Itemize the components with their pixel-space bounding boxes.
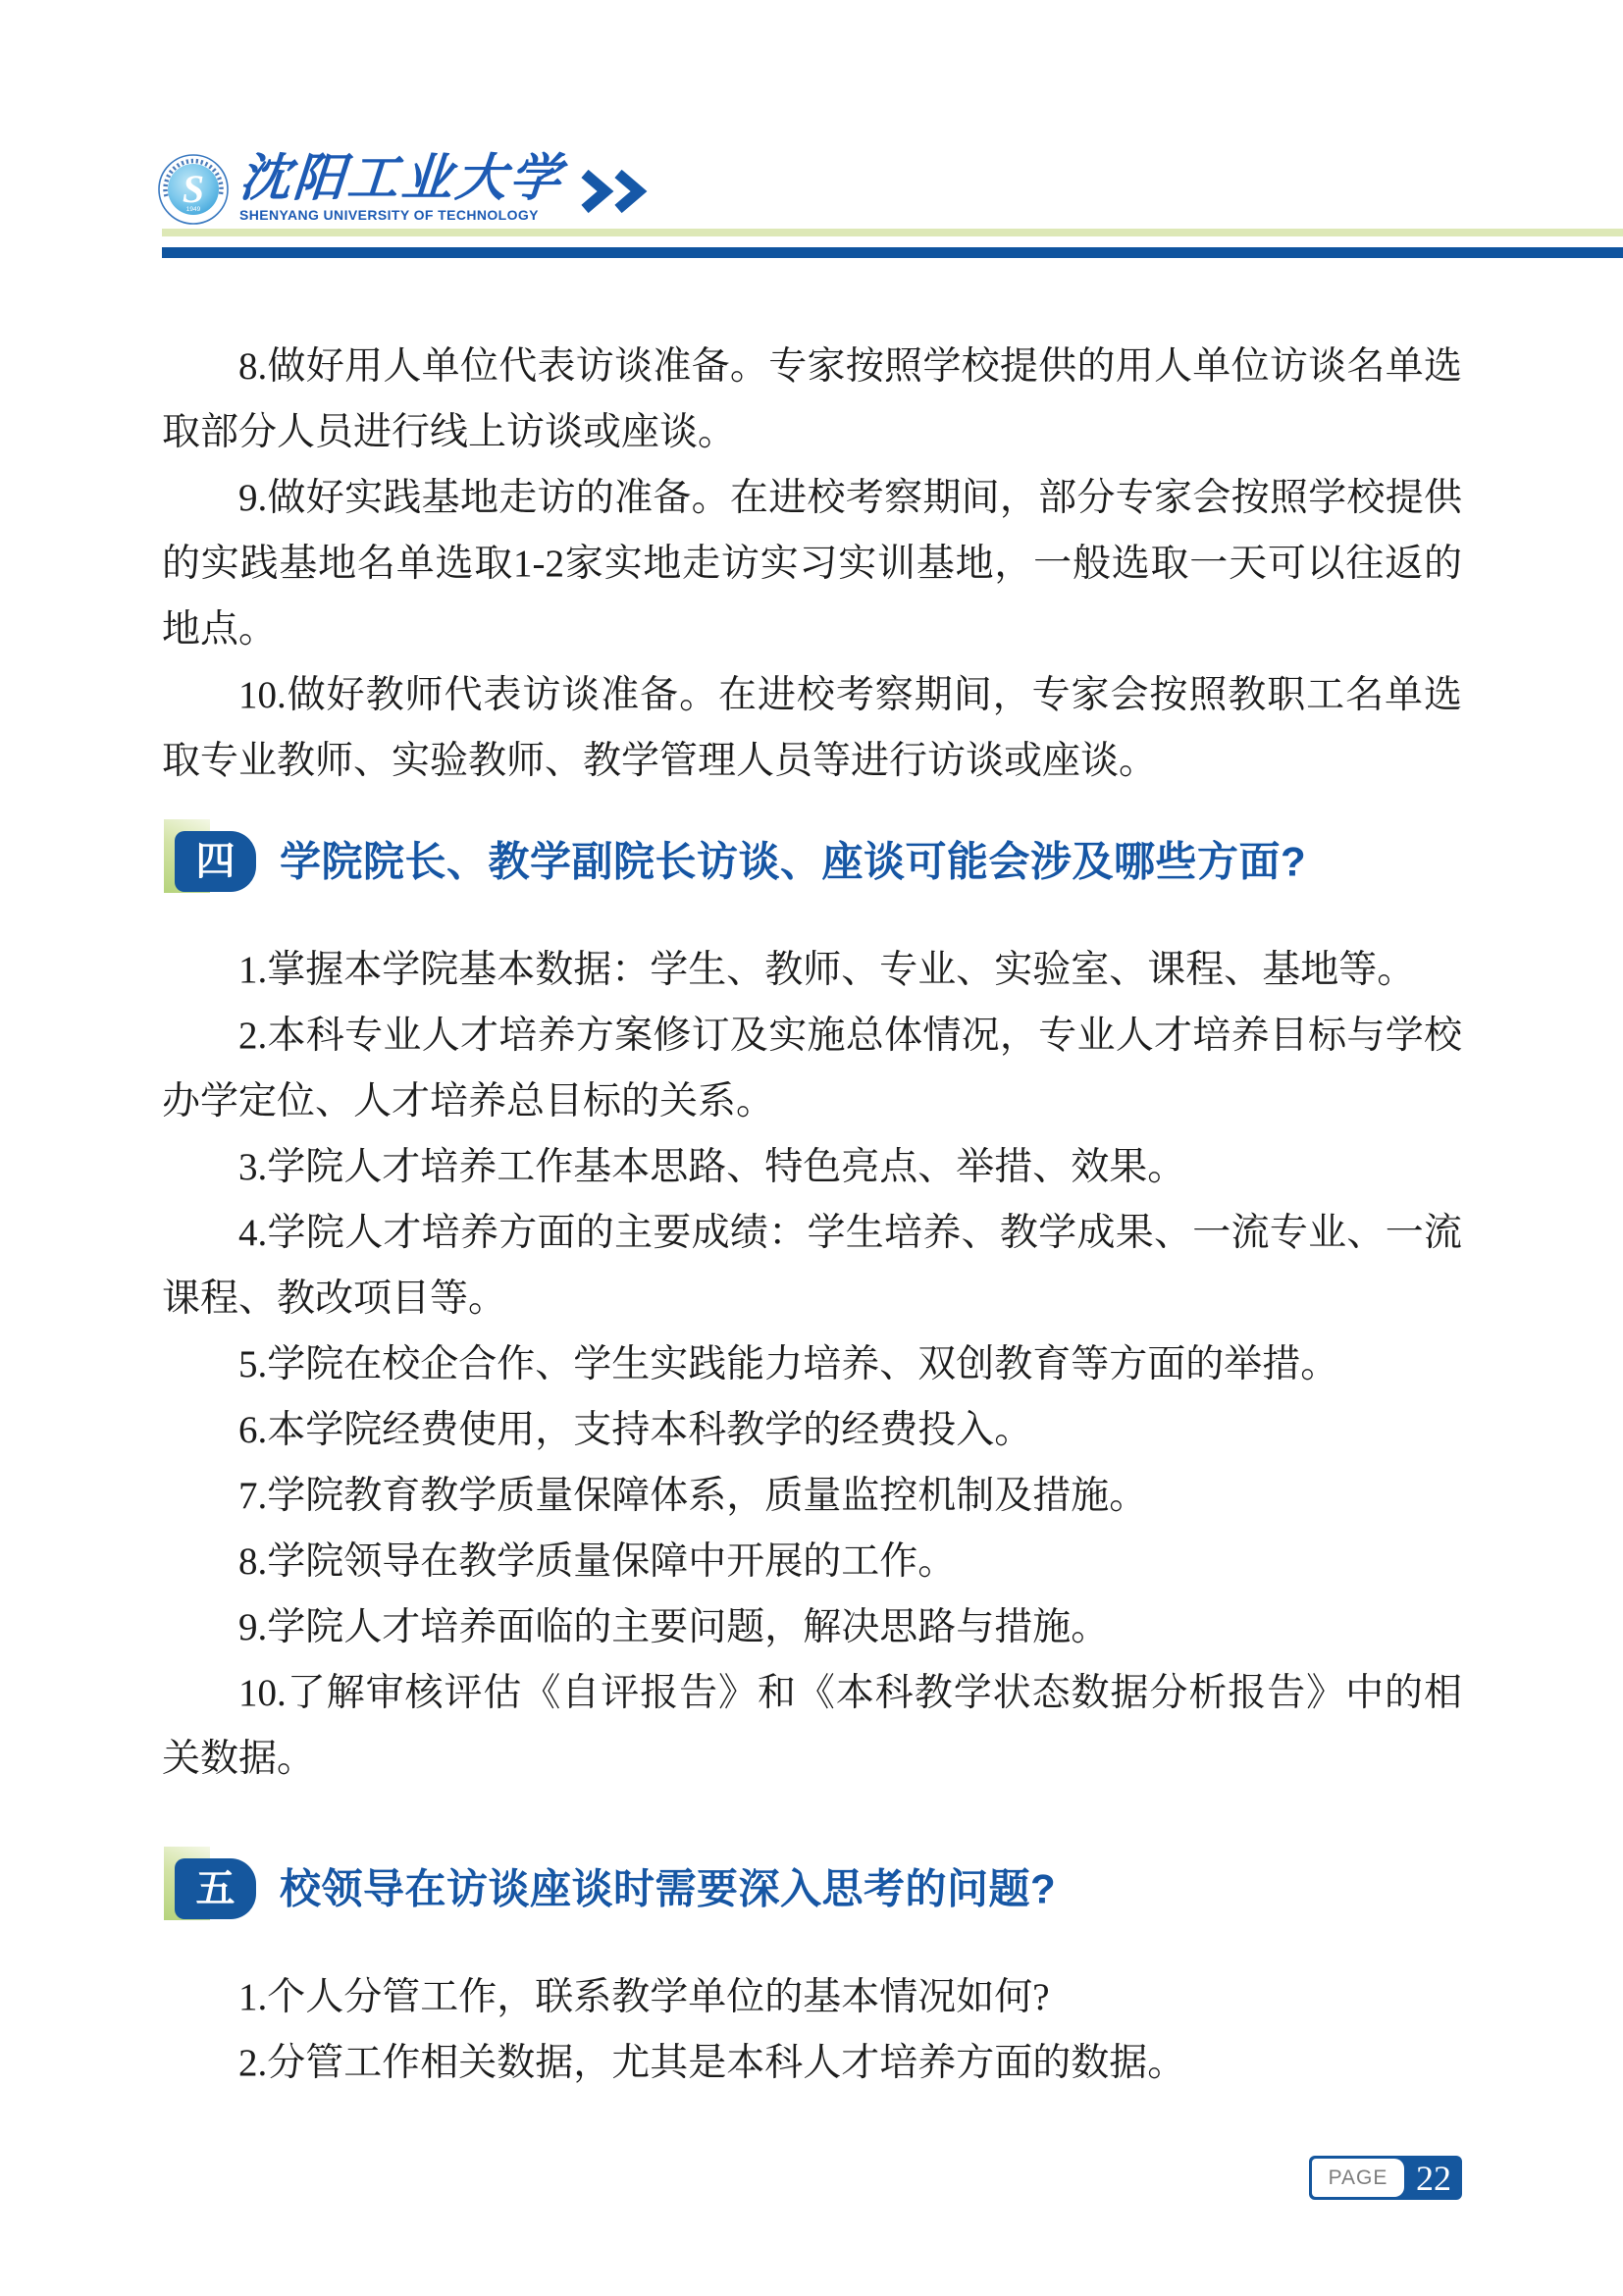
logo-year: 1949 [186,206,201,213]
list-item: 1.掌握本学院基本数据：学生、教师、专业、实验室、课程、基地等。 [162,937,1462,1003]
paragraph: 8.做好用人单位代表访谈准备。专家按照学校提供的用人单位访谈名单选取部分人员进行… [162,334,1462,465]
page-label: PAGE [1329,2166,1388,2190]
page-number-badge: PAGE 22 [1309,2156,1462,2200]
page-header: S 1949 沈阳工业大学 SHENYANG UNIVERSITY OF TEC… [157,153,650,226]
list-item: 7.学院教育教学质量保障体系，质量监控机制及措施。 [162,1463,1462,1529]
list-item: 6.本学院经费使用，支持本科教学的经费投入。 [162,1397,1462,1463]
list-item: 2.分管工作相关数据，尤其是本科人才培养方面的数据。 [162,2030,1462,2096]
university-name-zh: 沈阳工业大学 [237,155,565,204]
list-item: 8.学院领导在教学质量保障中开展的工作。 [162,1529,1462,1594]
section-heading-4: 四 学院院长、教学副院长访谈、座谈可能会涉及哪些方面? [162,819,1462,910]
section-title: 学院院长、教学副院长访谈、座谈可能会涉及哪些方面? [280,829,1306,895]
double-chevron-icon [579,169,650,214]
logo-letter: S [183,167,204,211]
paragraph: 10.做好教师代表访谈准备。在进校考察期间，专家会按照教职工名单选取专业教师、实… [162,662,1462,794]
section-heading-5: 五 校领导在访谈座谈时需要深入思考的问题? [162,1847,1462,1937]
list-item: 2.本科专业人才培养方案修订及实施总体情况，专业人才培养目标与学校办学定位、人才… [162,1003,1462,1134]
document-body: 8.做好用人单位代表访谈准备。专家按照学校提供的用人单位访谈名单选取部分人员进行… [162,334,1462,2096]
list-item: 9.学院人才培养面临的主要问题，解决思路与措施。 [162,1594,1462,1660]
section-number-badge: 五 [175,1858,256,1919]
section-number-badge: 四 [175,831,256,892]
header-rule-green [162,229,1623,236]
list-item: 3.学院人才培养工作基本思路、特色亮点、举措、效果。 [162,1134,1462,1200]
document-page: S 1949 沈阳工业大学 SHENYANG UNIVERSITY OF TEC… [0,0,1623,2296]
header-rule-blue [162,247,1623,258]
list-item: 10.了解审核评估《自评报告》和《本科教学状态数据分析报告》中的相关数据。 [162,1660,1462,1792]
list-item: 1.个人分管工作，联系教学单位的基本情况如何? [162,1964,1462,2030]
list-item: 5.学院在校企合作、学生实践能力培养、双创教育等方面的举措。 [162,1331,1462,1397]
section-5-items: 1.个人分管工作，联系教学单位的基本情况如何? 2.分管工作相关数据，尤其是本科… [162,1964,1462,2096]
page-number: 22 [1405,2156,1462,2200]
university-logo-icon: S 1949 [157,153,230,226]
section-title: 校领导在访谈座谈时需要深入思考的问题? [280,1856,1056,1922]
university-name-block: 沈阳工业大学 SHENYANG UNIVERSITY OF TECHNOLOGY [239,155,563,223]
paragraph: 9.做好实践基地走访的准备。在进校考察期间，部分专家会按照学校提供的实践基地名单… [162,465,1462,662]
page-label-box: PAGE [1312,2159,1404,2197]
list-item: 4.学院人才培养方面的主要成绩：学生培养、教学成果、一流专业、一流课程、教改项目… [162,1200,1462,1331]
university-name-en: SHENYANG UNIVERSITY OF TECHNOLOGY [239,207,563,223]
section-4-items: 1.掌握本学院基本数据：学生、教师、专业、实验室、课程、基地等。 2.本科专业人… [162,937,1462,1792]
